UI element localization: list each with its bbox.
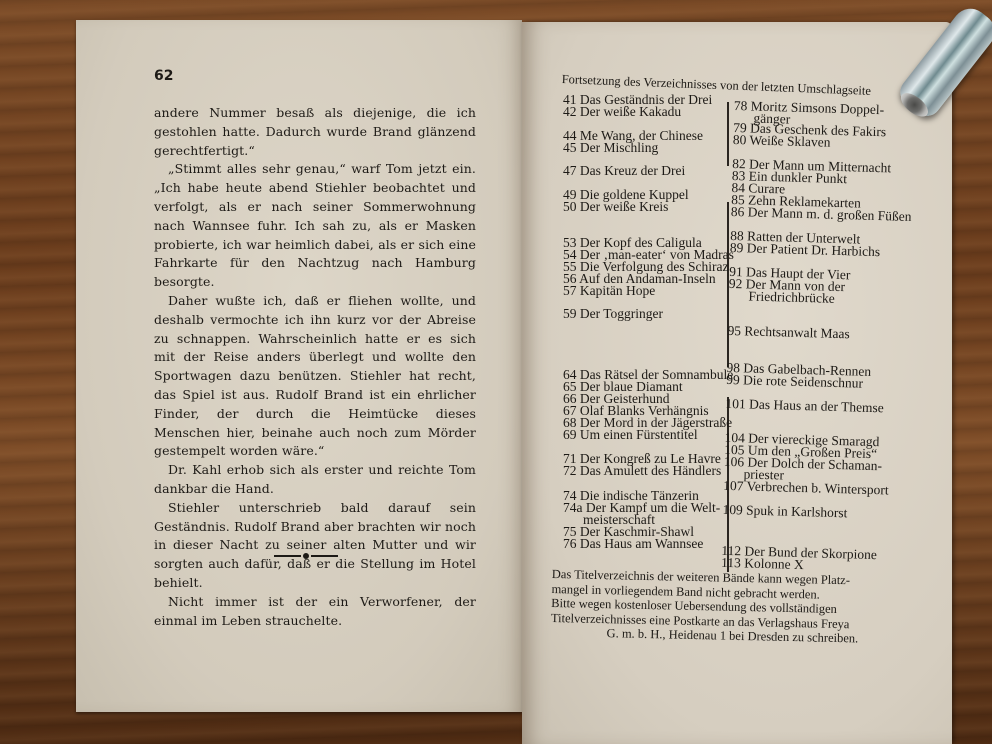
title-entry: 42 Der weiße Kakadu [563,106,681,118]
title-entry: 109 Spuk in Karlshorst [722,504,847,519]
title-entry: 47 Das Kreuz der Drei [563,165,685,177]
paragraph: Nicht immer ist der ein Verworfener, der… [154,593,476,631]
paragraph: Dr. Kahl erhob sich als erster und reich… [154,461,476,499]
column-divider [727,102,729,166]
title-entry: 89 Der Patient Dr. Harbichs [730,242,881,258]
story-text: andere Nummer besaß als diejenige, die i… [154,104,476,630]
title-entry: 92 Der Mann von derFriedrichbrücke [728,278,845,304]
title-entry: 74a Der Kampf um die Welt-meisterschaft [563,502,720,525]
title-entry: 113 Kolonne X [721,557,804,571]
title-entry: 72 Das Amulett des Händlers [563,465,721,477]
title-entry-continuation: Friedrichbrücke [728,290,844,304]
title-entry: 101 Das Haus an der Themse [725,398,884,414]
title-entry: 76 Das Haus am Wannsee [563,538,703,550]
end-ornament-icon [274,553,338,559]
title-entry: 95 Rechtsanwalt Maas [727,325,850,340]
footer-note: Das Titelverzeichnis der weiteren Bände … [550,567,891,647]
title-list-right: 78 Moritz Simsons Doppel-gänger79 Das Ge… [734,100,924,105]
title-entry: 99 Die rote Seidenschnur [726,374,863,390]
title-entry: 57 Kapitän Hope [563,285,655,297]
title-entry: 69 Um einen Fürstentitel [563,429,698,441]
title-entry: 86 Der Mann m. d. großen Füßen [731,206,912,223]
page-number: 62 [154,68,173,84]
left-page: 62 andere Nummer besaß als diejenige, di… [76,20,522,712]
title-entry: 59 Der Toggringer [563,308,663,320]
title-entry: 50 Der weiße Kreis [563,201,668,213]
title-entry: 45 Der Mischling [563,142,658,154]
title-entry: 80 Weiße Sklaven [733,134,831,149]
paragraph: Stiehler unterschrieb bald darauf sein G… [154,499,476,593]
paragraph: „Stimmt alles sehr genau,“ warf Tom jetz… [154,160,476,292]
title-entry: 107 Verbrechen b. Wintersport [723,480,889,496]
paragraph: Daher wußte ich, daß er fliehen wollte, … [154,292,476,461]
right-page: Fortsetzung des Verzeichnisses von der l… [522,22,952,744]
paragraph: andere Nummer besaß als diejenige, die i… [154,104,476,160]
